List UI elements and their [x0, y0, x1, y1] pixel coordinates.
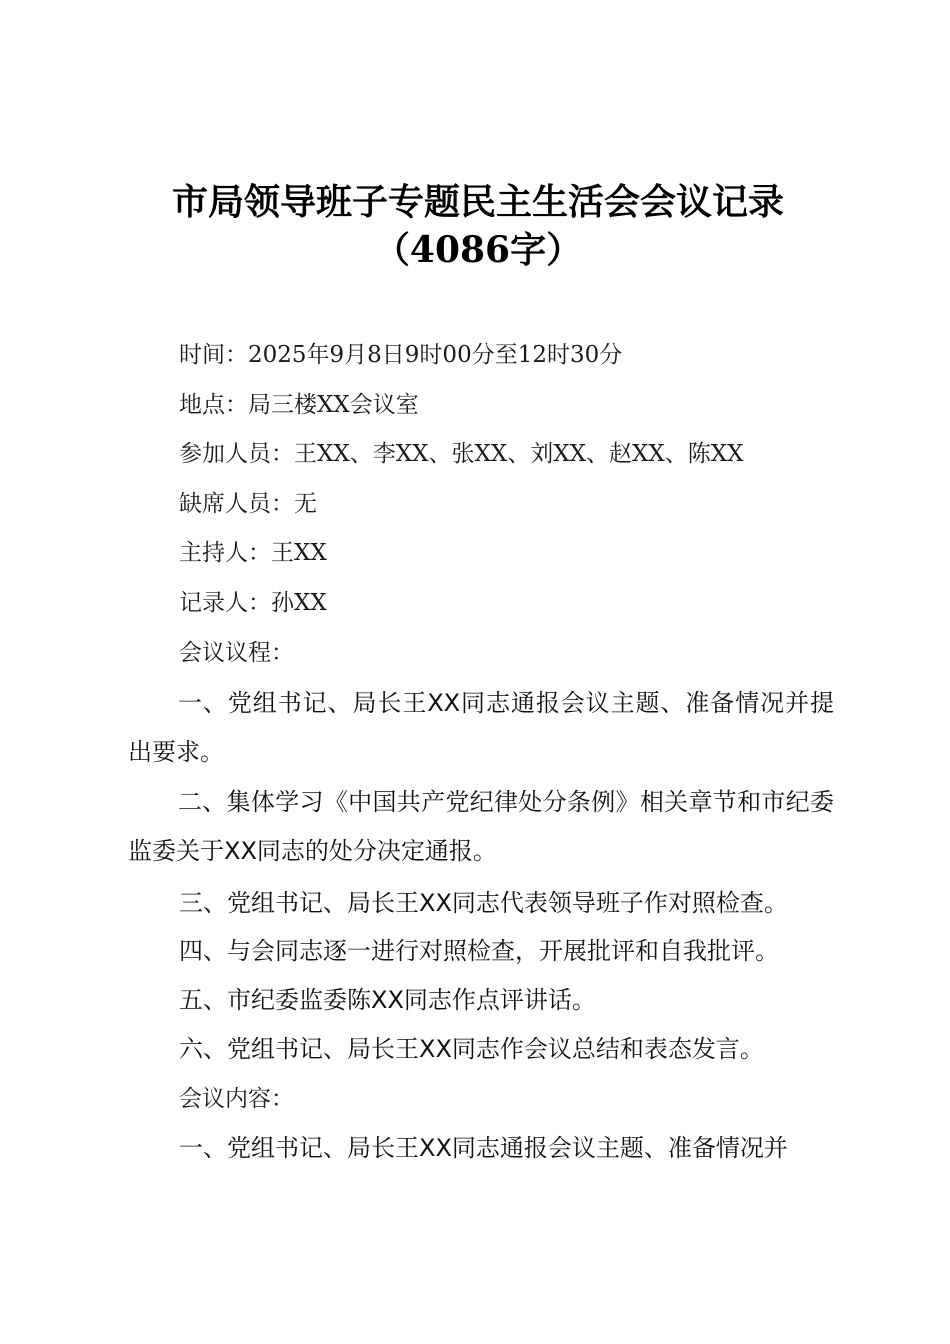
- meeting-host: 主持人：王XX: [179, 538, 327, 568]
- content-paragraph-1: 一、党组书记、局长王XX同志通报会议主题、准备情况并: [179, 1133, 788, 1163]
- document-title: 市局领导班子专题民主生活会会议记录（4086字）: [118, 178, 838, 274]
- meeting-time: 时间：2025年9月8日9时00分至12时30分: [179, 340, 622, 370]
- meeting-absent: 缺席人员：无: [179, 489, 317, 519]
- meeting-recorder: 记录人：孙XX: [179, 588, 327, 618]
- meeting-attendees: 参加人员：王XX、李XX、张XX、刘XX、赵XX、陈XX: [179, 439, 744, 469]
- content-heading: 会议内容：: [179, 1084, 294, 1114]
- meeting-location: 地点：局三楼XX会议室: [179, 390, 419, 420]
- agenda-item-1: 一、党组书记、局长王XX同志通报会议主题、准备情况并提出要求。: [128, 679, 834, 777]
- agenda-heading: 会议议程：: [179, 638, 294, 668]
- agenda-item-3: 三、党组书记、局长王XX同志代表领导班子作对照检查。: [179, 888, 788, 918]
- agenda-item-5: 五、市纪委监委陈XX同志作点评讲话。: [179, 985, 596, 1015]
- document-page: 市局领导班子专题民主生活会会议记录（4086字） 时间：2025年9月8日9时0…: [0, 0, 950, 1344]
- agenda-item-4: 四、与会同志逐一进行对照检查，开展批评和自我批评。: [179, 936, 779, 966]
- agenda-item-2: 二、集体学习《中国共产党纪律处分条例》相关章节和市纪委监委关于XX同志的处分决定…: [128, 778, 834, 876]
- agenda-item-6: 六、党组书记、局长王XX同志作会议总结和表态发言。: [179, 1034, 764, 1064]
